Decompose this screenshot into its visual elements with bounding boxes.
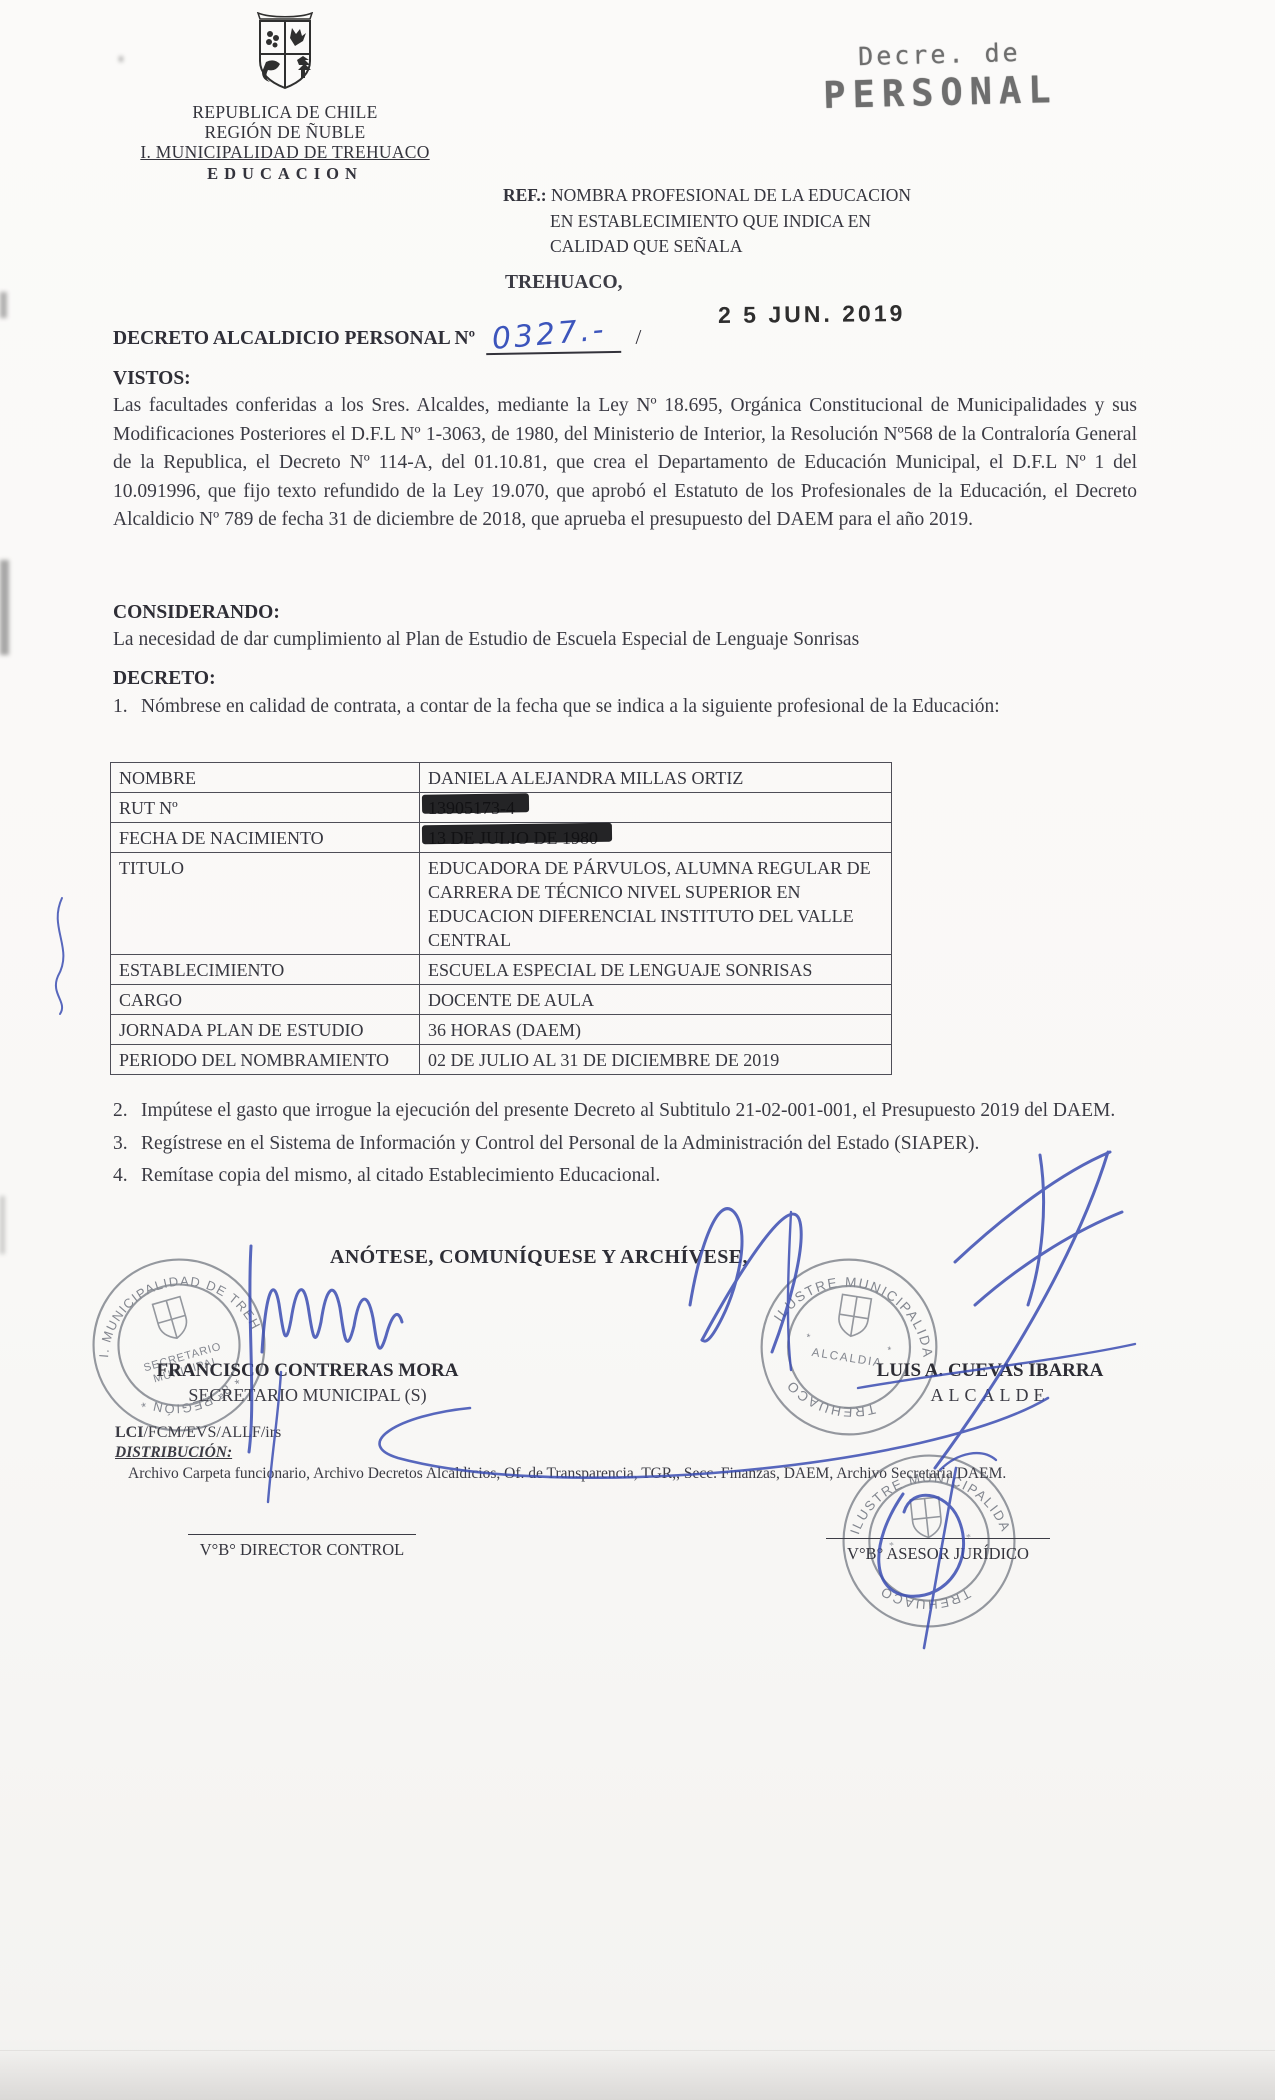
decree-number-underline: 0327.- xyxy=(486,324,621,355)
redacted-text: 13905173-4 xyxy=(428,798,515,818)
signer-name: FRANCISCO CONTRERAS MORA xyxy=(125,1360,490,1382)
vistos-heading: VISTOS: xyxy=(113,368,1137,390)
row-value: ESCUELA ESPECIAL DE LENGUAJE SONRISAS xyxy=(420,955,892,985)
redacted-value: 13 DE JULIO DE 1980 xyxy=(428,826,598,850)
stamp-bottom-text: TREHUACO xyxy=(876,1574,974,1617)
table-row: RUT Nº 13905173-4 xyxy=(111,793,892,823)
signer-title: ALCALDE xyxy=(852,1385,1128,1406)
place-line: TREHUACO, xyxy=(505,272,623,294)
considerando-heading: CONSIDERANDO: xyxy=(113,602,1137,624)
date-stamp: 2 5 JUN. 2019 xyxy=(718,300,906,329)
signature-rule xyxy=(188,1534,416,1535)
row-value: EDUCADORA DE PÁRVULOS, ALUMNA REGULAR DE… xyxy=(420,853,892,955)
secretario-round-stamp: I. MUNICIPALIDAD DE TREHUACO * 8ª REGIÓN… xyxy=(69,1235,289,1455)
alcaldia-round-stamp: ILUSTRE MUNICIPALIDAD TREHUACO ALCALDIA … xyxy=(745,1243,953,1451)
signature-rule xyxy=(826,1538,1050,1539)
scan-edge-smudge xyxy=(0,1196,5,1254)
distribution-list: Archivo Carpeta funcionario, Archivo Dec… xyxy=(128,1465,1128,1483)
signer-title: SECRETARIO MUNICIPAL (S) xyxy=(125,1385,490,1406)
svg-text:*: * xyxy=(886,1345,893,1357)
vistos-body: Las facultades conferidas a los Sres. Al… xyxy=(113,392,1137,535)
decreto-item-1: 1. Nómbrese en calidad de contrata, a co… xyxy=(113,693,1143,722)
reference-block: REF.: NOMBRA PROFESIONAL DE LA EDUCACION… xyxy=(503,183,1003,260)
item-number: 3. xyxy=(113,1130,128,1159)
letterhead: REPUBLICA DE CHILE REGIÓN DE ÑUBLE I. MU… xyxy=(95,12,475,184)
closing-formula: ANÓTESE, COMUNÍQUESE Y ARCHÍVESE, xyxy=(330,1246,748,1269)
scanned-decree-page: REPUBLICA DE CHILE REGIÓN DE ÑUBLE I. MU… xyxy=(0,0,1275,2100)
decree-number-label: DECRETO ALCALDICIO PERSONAL Nº xyxy=(113,328,475,349)
row-label: PERIODO DEL NOMBRAMIENTO xyxy=(111,1045,420,1075)
section-considerando: CONSIDERANDO: La necesidad de dar cumpli… xyxy=(113,602,1137,655)
responsibility-initials: LCI/FCM/EVS/ALLF/irs xyxy=(115,1424,281,1442)
decreto-item-1-text: Nómbrese en calidad de contrata, a conta… xyxy=(141,696,1000,717)
initials-rest: /FCM/EVS/ALLF/irs xyxy=(143,1424,281,1441)
letterhead-country: REPUBLICA DE CHILE xyxy=(95,102,475,122)
signer-name: LUIS A. CUEVAS IBARRA xyxy=(852,1360,1128,1382)
table-row: FECHA DE NACIMIENTO 13 DE JULIO DE 1980 xyxy=(111,823,892,853)
row-value: 02 DE JULIO AL 31 DE DICIEMBRE DE 2019 xyxy=(420,1045,892,1075)
decree-number-handwritten: 0327.- xyxy=(491,320,607,350)
decreto-item-2: 2. Impútese el gasto que irrogue la ejec… xyxy=(113,1097,1145,1126)
decreto-heading: DECRETO: xyxy=(113,668,1143,690)
reference-text-1: NOMBRA PROFESIONAL DE LA EDUCACION xyxy=(551,185,911,205)
table-row: JORNADA PLAN DE ESTUDIO 36 HORAS (DAEM) xyxy=(111,1015,892,1045)
letterhead-region: REGIÓN DE ÑUBLE xyxy=(95,122,475,142)
table-row: CARGO DOCENTE DE AULA xyxy=(111,985,892,1015)
personal-decree-stamp: Decre. de PERSONAL xyxy=(774,36,1106,119)
decreto-items-2-4: 2. Impútese el gasto que irrogue la ejec… xyxy=(113,1094,1145,1195)
decreto-item-3: 3. Regístrese en el Sistema de Informaci… xyxy=(113,1130,1145,1159)
row-label: CARGO xyxy=(111,985,420,1015)
distribution-label: DISTRIBUCIÓN: xyxy=(115,1444,232,1462)
signature-block-secretario: FRANCISCO CONTRERAS MORA SECRETARIO MUNI… xyxy=(125,1360,490,1406)
item-text: Remítase copia del mismo, al citado Esta… xyxy=(141,1165,660,1186)
row-value: DANIELA ALEJANDRA MILLAS ORTIZ xyxy=(420,763,892,793)
decreto-item-1-number: 1. xyxy=(113,693,128,722)
decree-number-separator: / xyxy=(636,325,642,349)
section-vistos: VISTOS: Las facultades conferidas a los … xyxy=(113,368,1137,535)
coat-of-arms-icon xyxy=(250,12,320,96)
item-number: 2. xyxy=(113,1097,128,1126)
reference-label: REF.: xyxy=(503,185,547,205)
row-label: ESTABLECIMIENTO xyxy=(111,955,420,985)
redacted-text: 13 DE JULIO DE 1980 xyxy=(428,828,598,848)
table-row: PERIODO DEL NOMBRAMIENTO 02 DE JULIO AL … xyxy=(111,1045,892,1075)
table-row: NOMBRE DANIELA ALEJANDRA MILLAS ORTIZ xyxy=(111,763,892,793)
letterhead-municipality: I. MUNICIPALIDAD DE TREHUACO xyxy=(95,142,475,162)
decreto-item-4: 4. Remítase copia del mismo, al citado E… xyxy=(113,1162,1145,1191)
appointment-table: NOMBRE DANIELA ALEJANDRA MILLAS ORTIZ RU… xyxy=(110,762,892,1075)
vb-director-control: V°B° DIRECTOR CONTROL xyxy=(188,1534,416,1560)
row-label: NOMBRE xyxy=(111,763,420,793)
vb-asesor-juridico: V°B° ASESOR JURÍDICO xyxy=(826,1538,1050,1564)
table-row: TITULO EDUCADORA DE PÁRVULOS, ALUMNA REG… xyxy=(111,853,892,955)
svg-text:TREHUACO: TREHUACO xyxy=(876,1574,974,1617)
decree-number-line: DECRETO ALCALDICIO PERSONAL Nº 0327.- / xyxy=(113,325,641,354)
considerando-body: La necesidad de dar cumplimiento al Plan… xyxy=(113,626,1137,655)
reference-text-2: EN ESTABLECIMIENTO QUE INDICA EN xyxy=(503,209,1003,235)
vb-left-label: V°B° DIRECTOR CONTROL xyxy=(188,1540,416,1560)
svg-text:*: * xyxy=(805,1332,812,1344)
row-value: 13905173-4 xyxy=(420,793,892,823)
section-decreto: DECRETO: 1. Nómbrese en calidad de contr… xyxy=(113,668,1143,722)
reference-line-1: REF.: NOMBRA PROFESIONAL DE LA EDUCACION xyxy=(503,183,1003,209)
scan-edge-smudge xyxy=(0,560,9,655)
row-value: DOCENTE DE AULA xyxy=(420,985,892,1015)
personal-stamp-line2: PERSONAL xyxy=(775,67,1106,119)
row-label: FECHA DE NACIMIENTO xyxy=(111,823,420,853)
item-text: Regístrese en el Sistema de Información … xyxy=(141,1133,979,1154)
row-value: 36 HORAS (DAEM) xyxy=(420,1015,892,1045)
row-label: RUT Nº xyxy=(111,793,420,823)
row-label: JORNADA PLAN DE ESTUDIO xyxy=(111,1015,420,1045)
vb-right-label: V°B° ASESOR JURÍDICO xyxy=(826,1544,1050,1564)
initials-bold: LCI xyxy=(115,1424,143,1441)
item-text: Impútese el gasto que irrogue la ejecuci… xyxy=(141,1100,1115,1121)
reference-text-3: CALIDAD QUE SEÑALA xyxy=(503,234,1003,260)
row-value: 13 DE JULIO DE 1980 xyxy=(420,823,892,853)
redacted-value: 13905173-4 xyxy=(428,796,515,820)
signature-block-alcalde: LUIS A. CUEVAS IBARRA ALCALDE xyxy=(852,1360,1128,1406)
scan-speck xyxy=(119,56,123,62)
table-row: ESTABLECIMIENTO ESCUELA ESPECIAL DE LENG… xyxy=(111,955,892,985)
item-number: 4. xyxy=(113,1162,128,1191)
letterhead-department: EDUCACION xyxy=(95,164,475,184)
scan-bottom-shadow xyxy=(0,2050,1275,2100)
scan-edge-smudge xyxy=(0,292,7,318)
row-label: TITULO xyxy=(111,853,420,955)
